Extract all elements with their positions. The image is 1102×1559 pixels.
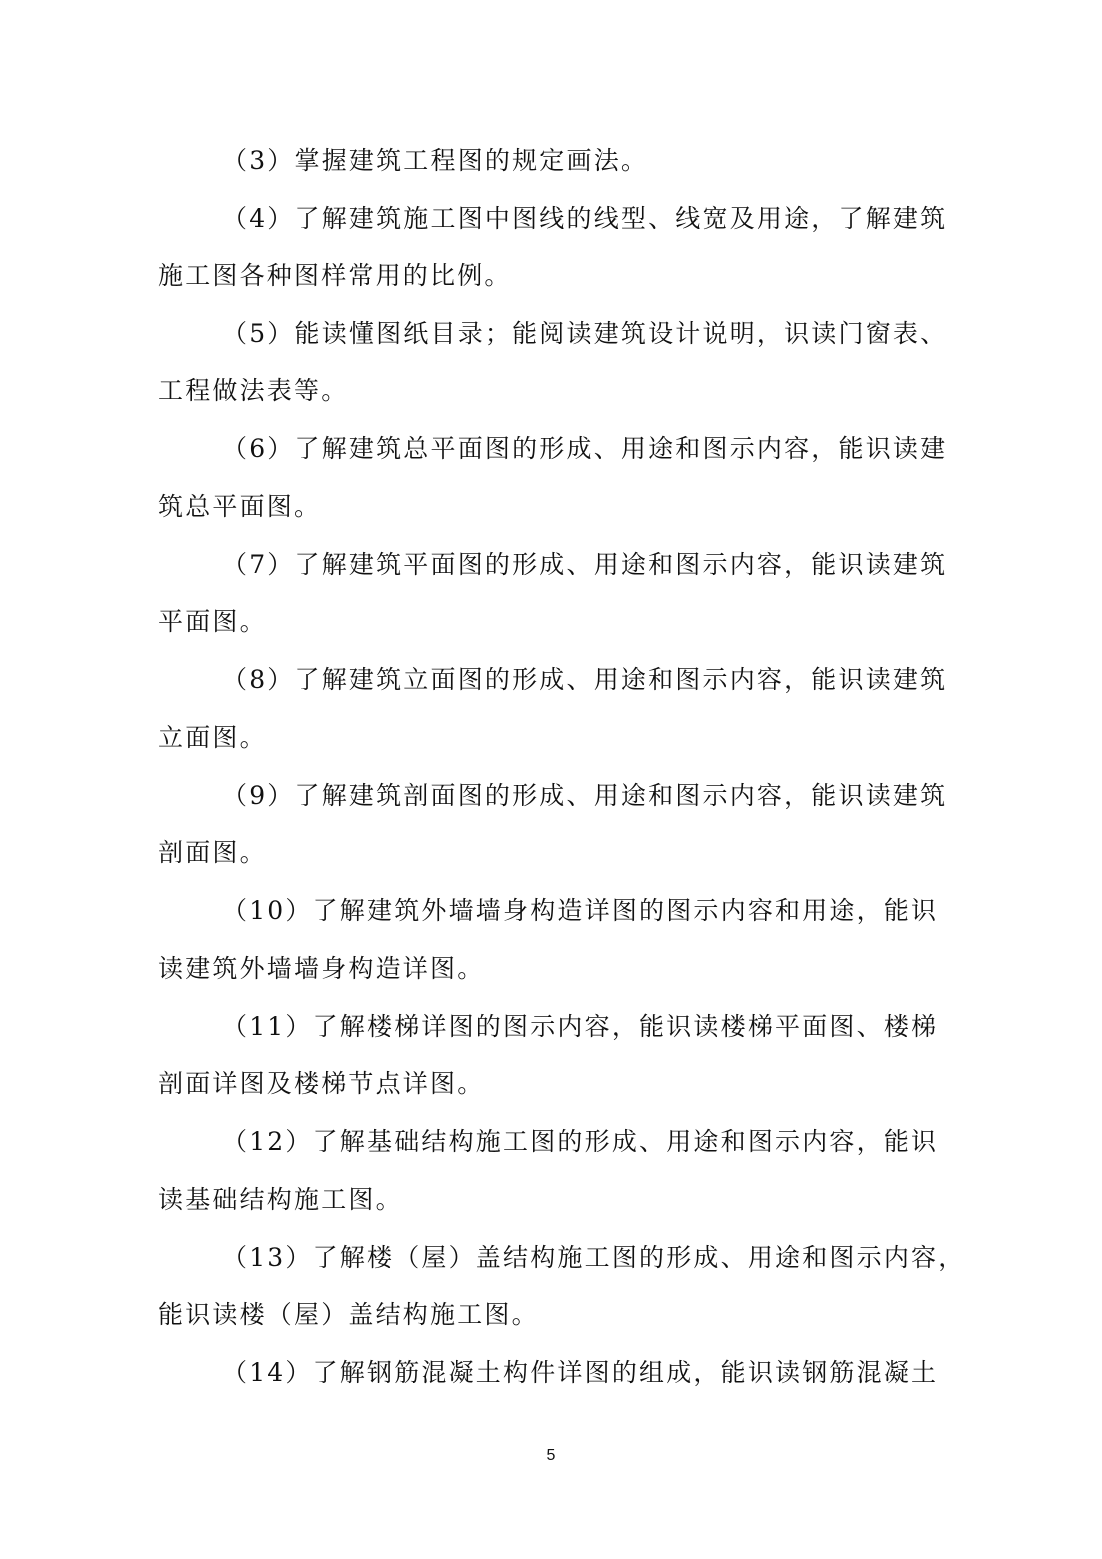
- paragraph-continuation-line: 立面图。: [158, 723, 267, 753]
- paragraph-first-line: （4）了解建筑施工图中图线的线型、线宽及用途，了解建筑: [222, 204, 947, 234]
- paragraph-first-line: （6）了解建筑总平面图的形成、用途和图示内容，能识读建: [222, 434, 947, 464]
- paragraph-continuation-line: 读建筑外墙墙身构造详图。: [158, 954, 484, 984]
- paragraph-first-line: （10）了解建筑外墙墙身构造详图的图示内容和用途，能识: [222, 896, 938, 926]
- paragraph-continuation-line: 筑总平面图。: [158, 492, 321, 522]
- paragraph-first-line: （3）掌握建筑工程图的规定画法。: [222, 146, 648, 176]
- page-number: 5: [0, 1447, 1102, 1465]
- paragraph-first-line: （7）了解建筑平面图的形成、用途和图示内容，能识读建筑: [222, 550, 947, 580]
- document-page: （3）掌握建筑工程图的规定画法。（4）了解建筑施工图中图线的线型、线宽及用途，了…: [0, 0, 1102, 1559]
- paragraph-continuation-line: 读基础结构施工图。: [158, 1185, 403, 1215]
- paragraph-continuation-line: 剖面详图及楼梯节点详图。: [158, 1069, 484, 1099]
- paragraph-first-line: （12）了解基础结构施工图的形成、用途和图示内容，能识: [222, 1127, 938, 1157]
- paragraph-continuation-line: 剖面图。: [158, 838, 267, 868]
- paragraph-first-line: （9）了解建筑剖面图的形成、用途和图示内容，能识读建筑: [222, 781, 947, 811]
- paragraph-continuation-line: 施工图各种图样常用的比例。: [158, 261, 512, 291]
- paragraph-continuation-line: 平面图。: [158, 607, 267, 637]
- paragraph-first-line: （13）了解楼（屋）盖结构施工图的形成、用途和图示内容，: [222, 1243, 965, 1273]
- paragraph-continuation-line: 能识读楼（屋）盖结构施工图。: [158, 1300, 539, 1330]
- paragraph-first-line: （5）能读懂图纸目录；能阅读建筑设计说明，识读门窗表、: [222, 319, 947, 349]
- paragraph-first-line: （11）了解楼梯详图的图示内容，能识读楼梯平面图、楼梯: [222, 1012, 938, 1042]
- paragraph-first-line: （8）了解建筑立面图的形成、用途和图示内容，能识读建筑: [222, 665, 947, 695]
- paragraph-first-line: （14）了解钢筋混凝土构件详图的组成，能识读钢筋混凝土: [222, 1358, 938, 1388]
- paragraph-continuation-line: 工程做法表等。: [158, 376, 348, 406]
